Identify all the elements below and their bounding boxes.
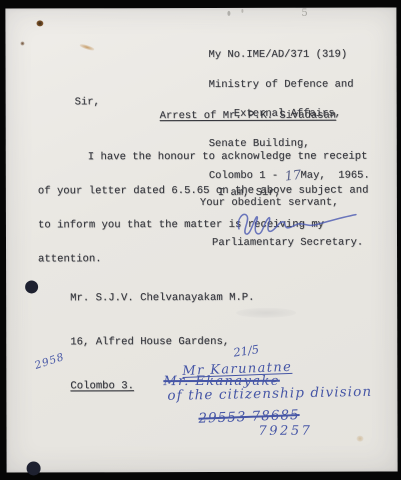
sender-line: Ministry of Defence and (209, 80, 370, 90)
hole-punch (25, 280, 38, 293)
body-line: I have the honour to acknowledge tne rec… (38, 151, 369, 163)
paper: My No.IME/AD/371 (319) Ministry of Defen… (5, 7, 397, 472)
reference-number: My No.IME/AD/371 (319) (209, 50, 370, 60)
stain (241, 9, 243, 13)
signature (232, 208, 364, 238)
addressee-name: Mr. S.J.V. Chelvanayakam M.P. (70, 291, 254, 306)
addressee-street: 16, Alfred House Gardens, (70, 335, 254, 350)
stain (227, 11, 230, 16)
stain (20, 41, 24, 45)
annotation-date-note: 21/5 (232, 342, 260, 360)
subject-line: Arrest of Mr. P.K. Sivadasan (160, 110, 336, 122)
hole-punch (27, 461, 41, 475)
stain (36, 20, 43, 26)
annotation-ref-number: 2958 (33, 351, 66, 372)
scanned-letter-page: My No.IME/AD/371 (319) Ministry of Defen… (0, 0, 401, 480)
smudge (236, 308, 296, 318)
stain (357, 436, 364, 442)
annotation-division: of the citizenship division (167, 384, 372, 404)
signer-title: Parliamentary Secretary. (212, 237, 363, 249)
salutation: Sir, (75, 96, 100, 108)
pencil-mark: 5 (301, 8, 307, 19)
stain (79, 43, 95, 51)
annotation-file-number: 79257 (258, 424, 312, 439)
